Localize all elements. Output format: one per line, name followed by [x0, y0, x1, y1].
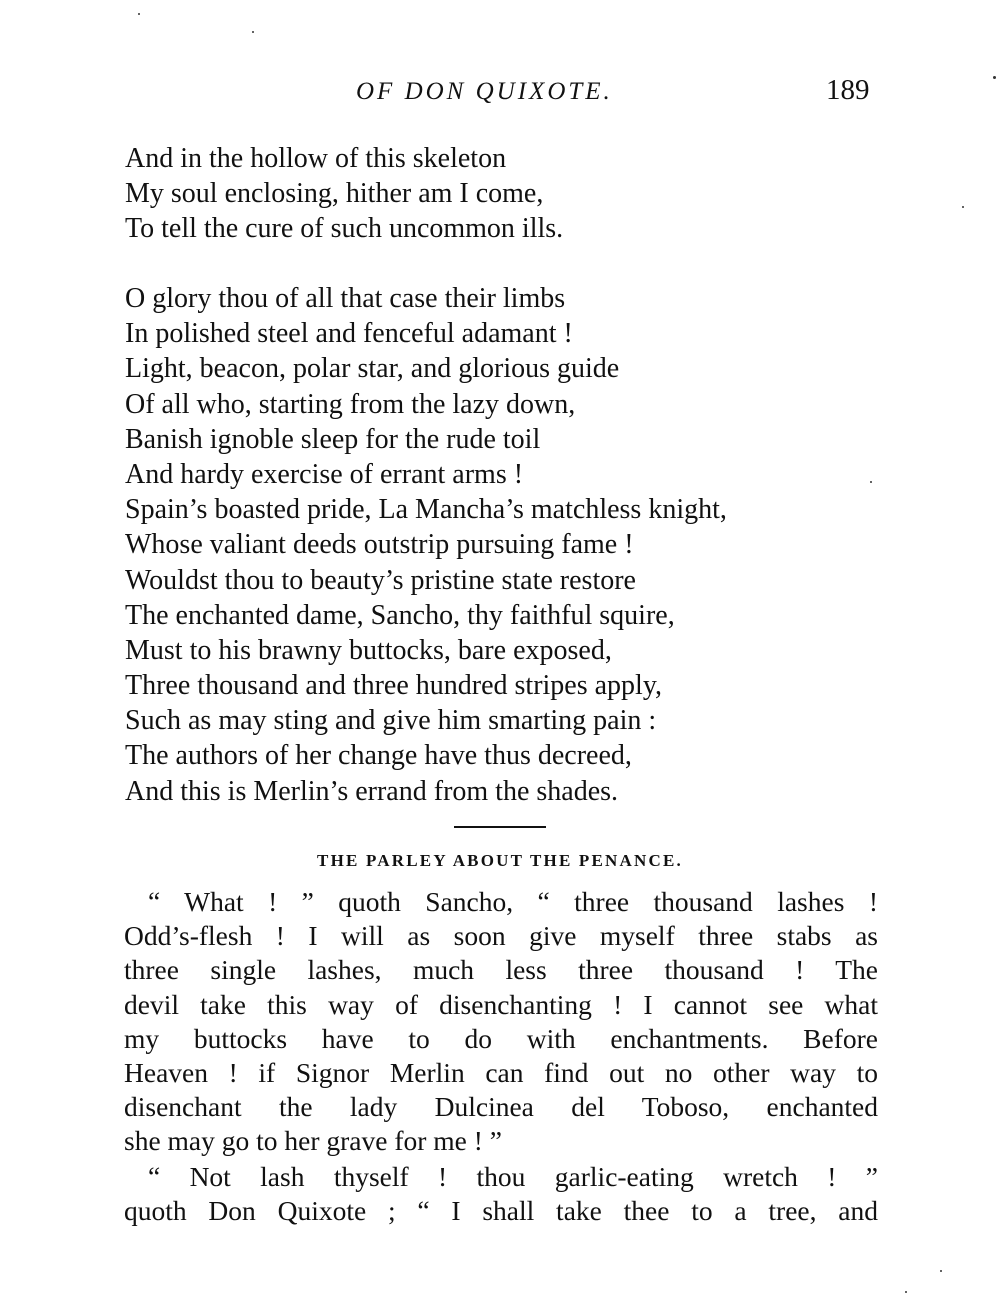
- verse-line: And this is Merlin’s errand from the sha…: [125, 774, 727, 809]
- running-title: OF DON QUIXOTE.: [356, 78, 613, 106]
- book-page: OF DON QUIXOTE. 189 And in the hollow of…: [0, 0, 1000, 1313]
- paragraph-line: disenchant the lady Dulcinea del Toboso,…: [124, 1090, 878, 1124]
- verse-line: The enchanted dame, Sancho, thy faithful…: [125, 598, 727, 633]
- paragraph-2: “ Not lash thyself ! thou garlic-eating …: [124, 1160, 878, 1228]
- verse-line: Three thousand and three hundred stripes…: [125, 668, 727, 703]
- verse-line: Such as may sting and give him smarting …: [125, 703, 727, 738]
- verse-stanza-1: And in the hollow of this skeleton My so…: [125, 141, 563, 247]
- verse-line: Must to his brawny buttocks, bare expose…: [125, 633, 727, 668]
- paragraph-line: “ Not lash thyself ! thou garlic-eating …: [124, 1160, 878, 1194]
- verse-line: Light, beacon, polar star, and glorious …: [125, 351, 727, 386]
- scan-speck: [905, 1291, 907, 1293]
- page-number: 189: [826, 74, 870, 107]
- paragraph-line: my buttocks have to do with enchantments…: [124, 1022, 878, 1056]
- verse-line: Banish ignoble sleep for the rude toil: [125, 422, 727, 457]
- paragraph-line: Heaven ! if Signor Merlin can find out n…: [124, 1056, 878, 1090]
- paragraph-line: quoth Don Quixote ; “ I shall take thee …: [124, 1194, 878, 1228]
- verse-line: Wouldst thou to beauty’s pristine state …: [125, 563, 727, 598]
- paragraph-1: “ What ! ” quoth Sancho, “ three thousan…: [124, 885, 878, 1159]
- verse-line: Whose valiant deeds outstrip pursuing fa…: [125, 527, 727, 562]
- scan-speck: [138, 13, 140, 15]
- paragraph-line: three single lashes, much less three tho…: [124, 953, 878, 987]
- section-heading: THE PARLEY ABOUT THE PENANCE.: [0, 851, 1000, 871]
- verse-line: O glory thou of all that case their limb…: [125, 281, 727, 316]
- paragraph-line: devil take this way of disenchanting ! I…: [124, 988, 878, 1022]
- scan-speck: [962, 206, 964, 208]
- scan-speck: [252, 31, 254, 33]
- paragraph-line: “ What ! ” quoth Sancho, “ three thousan…: [124, 885, 878, 919]
- verse-line: And in the hollow of this skeleton: [125, 141, 563, 176]
- verse-line: And hardy exercise of errant arms !: [125, 457, 727, 492]
- scan-speck: [993, 76, 996, 79]
- verse-line: Of all who, starting from the lazy down,: [125, 387, 727, 422]
- verse-line: My soul enclosing, hither am I come,: [125, 176, 563, 211]
- section-divider: [454, 826, 546, 828]
- verse-line: To tell the cure of such uncommon ills.: [125, 211, 563, 246]
- scan-speck: [870, 481, 872, 483]
- paragraph-line: Odd’s-flesh ! I will as soon give myself…: [124, 919, 878, 953]
- running-head: OF DON QUIXOTE. 189: [0, 74, 1000, 110]
- verse-line: In polished steel and fenceful adamant !: [125, 316, 727, 351]
- verse-line: Spain’s boasted pride, La Mancha’s match…: [125, 492, 727, 527]
- paragraph-line: she may go to her grave for me ! ”: [124, 1124, 878, 1158]
- scan-speck: [940, 1270, 942, 1272]
- verse-stanza-2: O glory thou of all that case their limb…: [125, 281, 727, 809]
- verse-line: The authors of her change have thus decr…: [125, 738, 727, 773]
